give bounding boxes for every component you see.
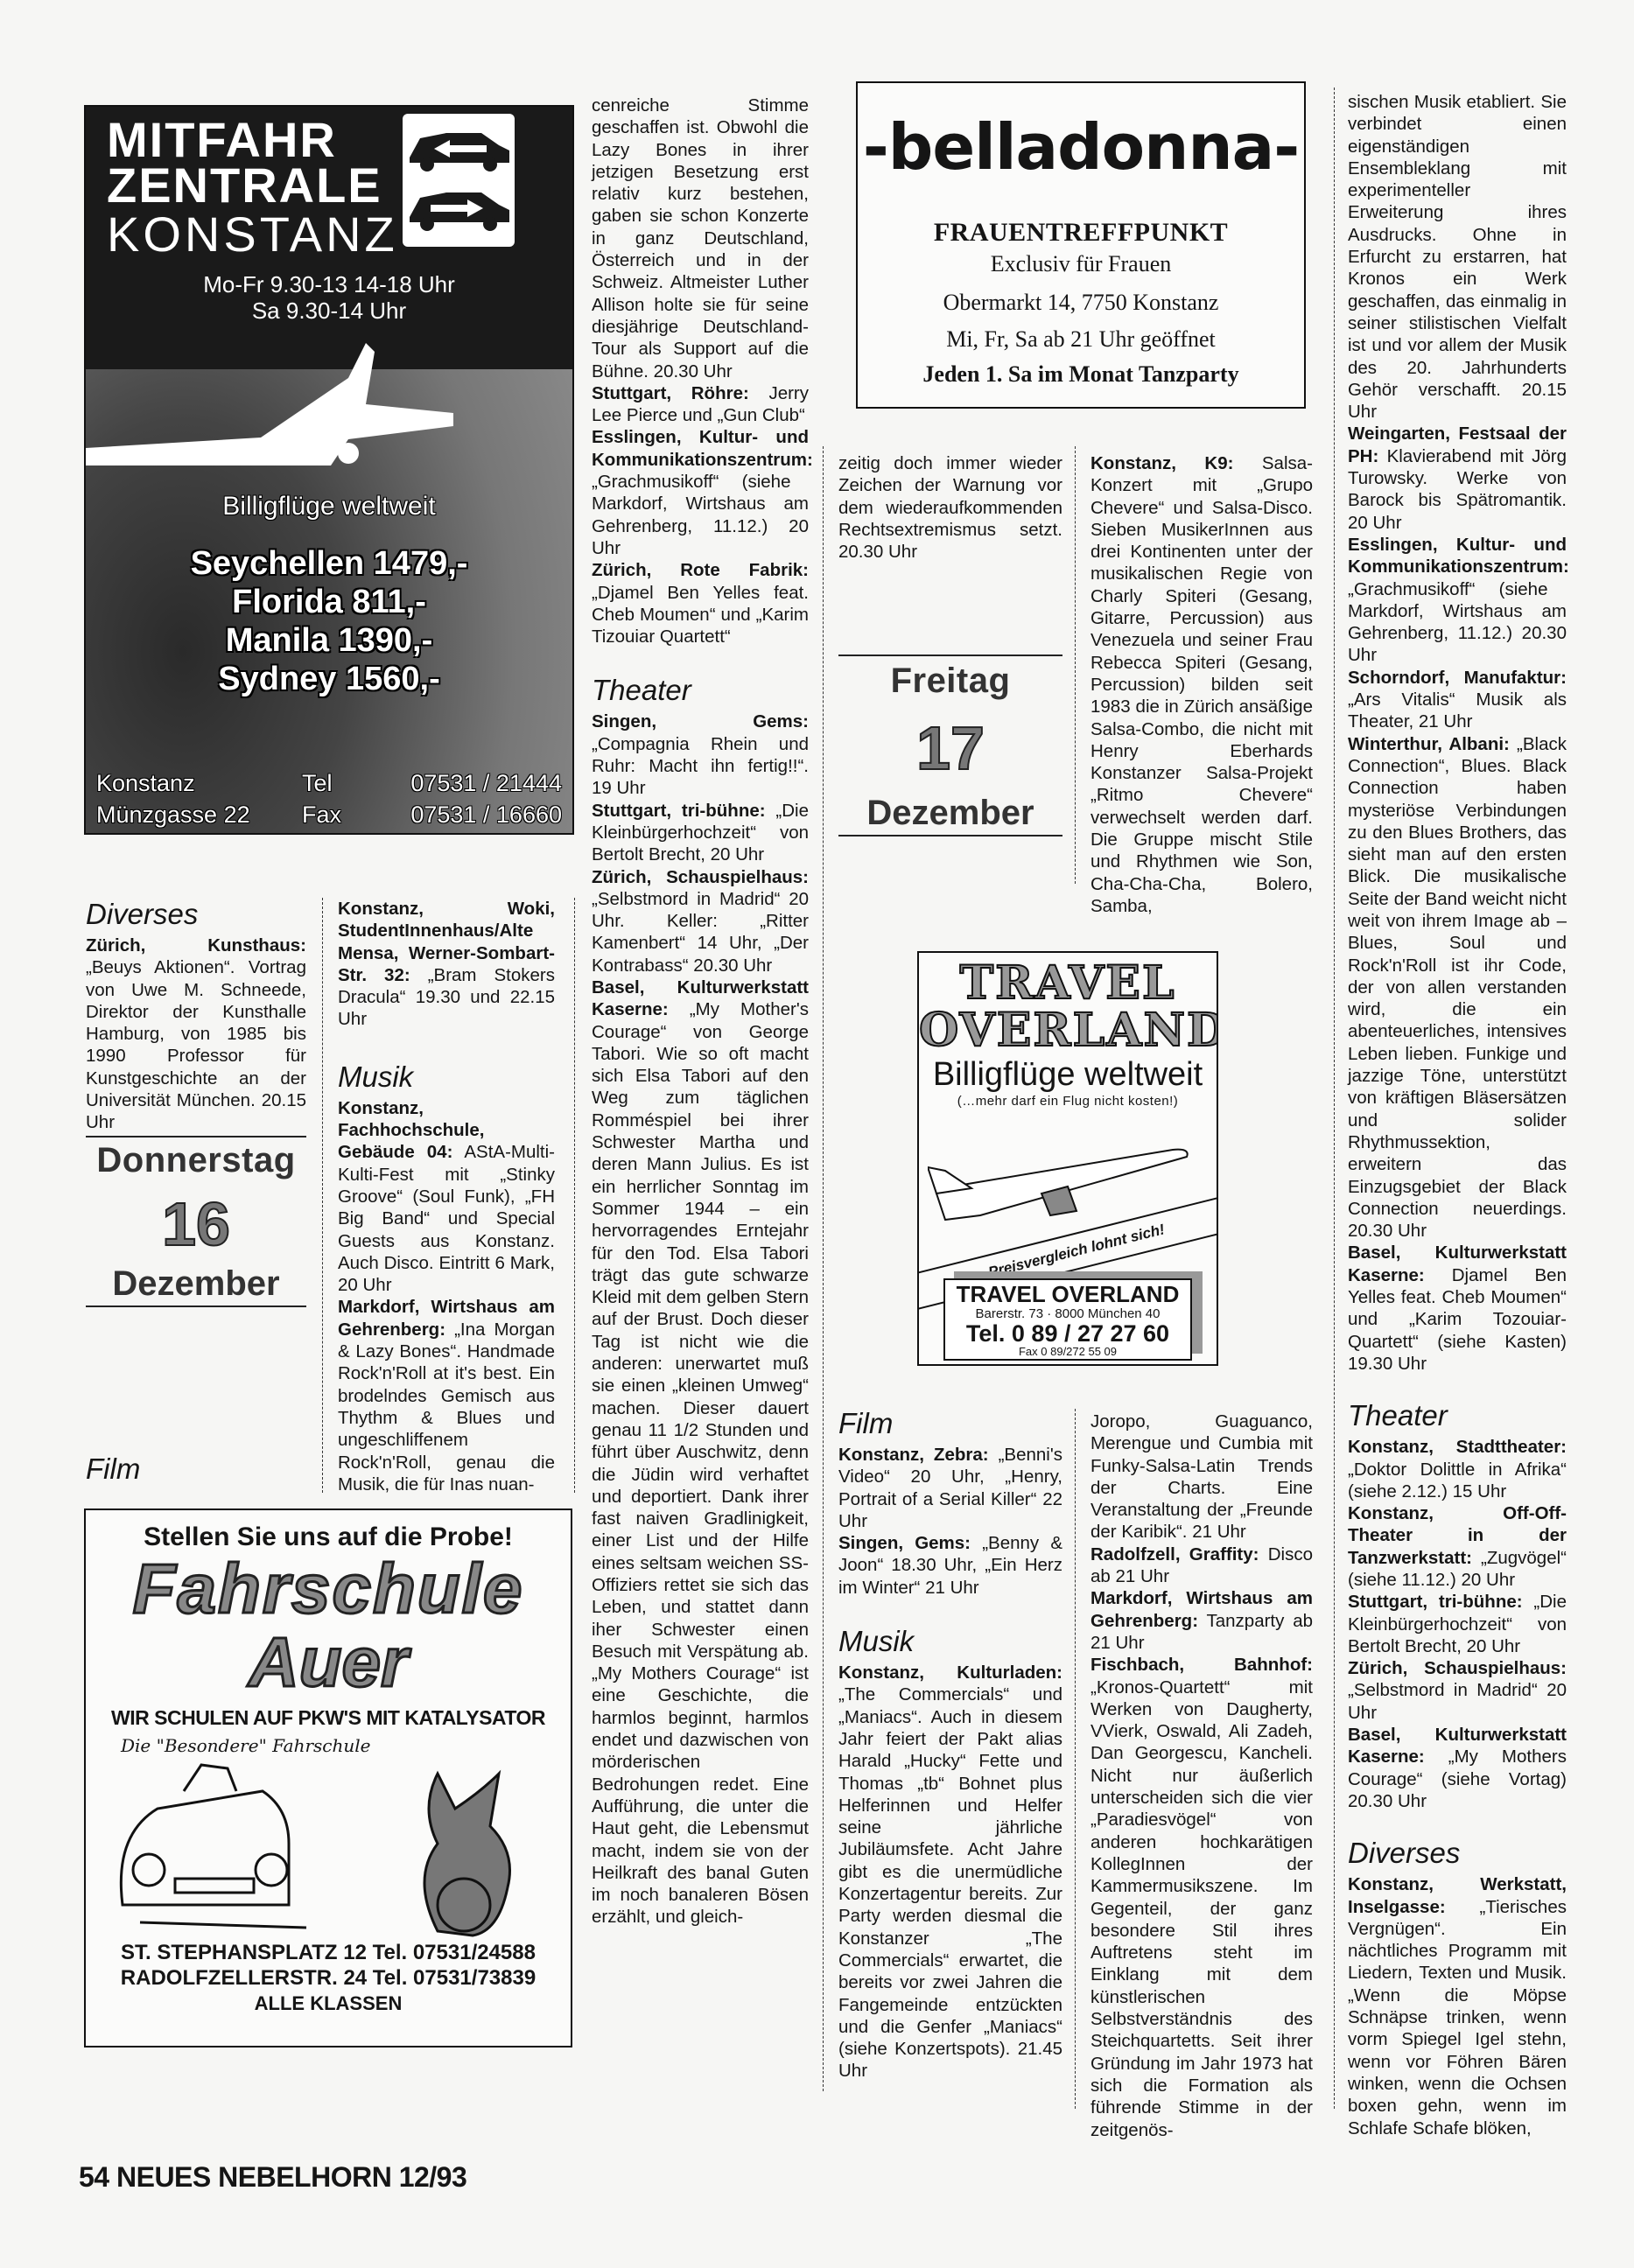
section-heading-musik: Musik — [838, 1625, 1062, 1658]
ad-logo: -belladonna- — [858, 108, 1304, 186]
event-entry-continued: zeitig doch immer wieder Zeichen der War… — [838, 452, 1062, 563]
weekday-label: Freitag — [838, 661, 1062, 701]
ad-logo-line2: OVERLAND — [919, 1007, 1217, 1054]
cars-arrows-icon — [403, 114, 515, 247]
ad-price-list: Seychellen 1479,- Florida 811,- Manila 1… — [86, 544, 572, 698]
event-entry-continued: cenreiche Stimme geschaffen ist. Obwohl … — [592, 94, 809, 382]
column-1: Diverses Zürich, Kunsthaus: „Beuys Aktio… — [86, 898, 306, 1134]
ad-travel-overland: TRAVEL OVERLAND Billigflüge weltweit (…m… — [917, 951, 1218, 1366]
ad-subline: (…mehr darf ein Flug nicht kosten!) — [919, 1094, 1217, 1109]
column-4: zeitig doch immer wieder Zeichen der War… — [838, 452, 1062, 563]
event-entry: Konstanz, Off-Off-Theater in der Tanzwer… — [1348, 1502, 1567, 1591]
section-heading-film: Film — [838, 1407, 1062, 1440]
event-entry: Esslingen, Kultur- und Kommunikationszen… — [1348, 534, 1567, 667]
month-label: Dezember — [86, 1264, 306, 1304]
event-entry-continued: sischen Musik etabliert. Sie verbindet e… — [1348, 91, 1567, 423]
column-5: Konstanz, K9: Salsa-Konzert mit „Grupo C… — [1091, 452, 1313, 917]
cartoon-car-and-rabbit-illustration — [86, 1756, 571, 1940]
column-2: Konstanz, Woki, StudentInnenhaus/Alte Me… — [338, 898, 555, 1495]
ad-opening-hours: Mo-Fr 9.30-13 14-18 Uhr Sa 9.30-14 Uhr — [86, 271, 572, 324]
event-entry: Konstanz, K9: Salsa-Konzert mit „Grupo C… — [1091, 452, 1313, 917]
event-entry: Zürich, Schauspielhaus: „Selbstmord in M… — [592, 866, 809, 976]
event-entry: Zürich, Schauspielhaus: „Selbstmord in M… — [1348, 1657, 1567, 1724]
day-number: 17 — [838, 713, 1062, 783]
ad-belladonna: -belladonna- FRAUENTREFFPUNKT Exclusiv f… — [856, 81, 1306, 409]
event-entry: Markdorf, Wirtshaus am Gehrenberg: „Ina … — [338, 1296, 555, 1495]
section-heading-film: Film — [86, 1452, 306, 1486]
ad-contact: Konstanz Tel 07531 / 21444 Münzgasse 22 … — [96, 767, 562, 830]
ad-address-1: ST. STEPHANSPLATZ 12 Tel. 07531/24588 — [86, 1940, 571, 1965]
month-label: Dezember — [838, 794, 1062, 833]
ad-tagline: Billigflüge weltweit — [86, 492, 572, 521]
ad-title: FRAUENTREFFPUNKT — [858, 218, 1304, 248]
ad-script-line: Die "Besondere" Fahrschule — [86, 1735, 571, 1756]
event-entry: Esslingen, Kultur- und Kommunikationszen… — [592, 426, 809, 559]
event-entry: Basel, Kulturwerkstatt Kaserne: „My Moth… — [592, 976, 809, 1928]
section-heading-musik: Musik — [338, 1060, 555, 1094]
event-entry: Zürich, Rote Fabrik: „Djamel Ben Yelles … — [592, 559, 809, 647]
section-heading-diverses: Diverses — [1348, 1837, 1567, 1870]
ad-address-2: RADOLFZELLERSTR. 24 Tel. 07531/73839 — [86, 1965, 571, 1991]
event-entry: Radolfzell, Graffity: Disco ab 21 Uhr — [1091, 1543, 1313, 1588]
event-entry: Konstanz, Stadttheater: „Doktor Dolittle… — [1348, 1436, 1567, 1502]
column-divider — [823, 446, 824, 2091]
ad-address: Obermarkt 14, 7750 Konstanz — [858, 290, 1304, 316]
ad-fahrschule-auer: Stellen Sie uns auf die Probe! Fahrschul… — [84, 1508, 572, 2047]
event-entry: Schorndorf, Manufaktur: „Ars Vitalis“ Mu… — [1348, 667, 1567, 733]
ad-logo-line1: TRAVEL — [919, 960, 1217, 1007]
column-4-lower: Film Konstanz, Zebra: „Benni's Video“ 20… — [838, 1407, 1062, 2082]
event-entry: Konstanz, Werkstatt, Inselgasse: „Tieris… — [1348, 1873, 1567, 2139]
section-heading-theater: Theater — [592, 674, 809, 707]
event-entry: Konstanz, Woki, StudentInnenhaus/Alte Me… — [338, 898, 555, 1031]
ad-title-line2: ZENTRALE — [107, 161, 382, 210]
day-header-thursday: Donnerstag 16 Dezember — [86, 1136, 306, 1307]
column-3: cenreiche Stimme geschaffen ist. Obwohl … — [592, 94, 809, 1928]
day-header-friday: Freitag 17 Dezember — [838, 654, 1062, 836]
event-entry: Stuttgart, tri-bühne: „Die Kleinbürgerho… — [1348, 1591, 1567, 1657]
ad-title-line3: KONSTANZ — [107, 210, 398, 259]
column-5-lower: Joropo, Guaguanco, Merengue und Cumbia m… — [1091, 1410, 1313, 2141]
column-divider — [1334, 87, 1335, 2109]
column-divider — [574, 898, 575, 1493]
ad-subtitle: Exclusiv für Frauen — [858, 251, 1304, 277]
ad-slogan: Stellen Sie uns auf die Probe! — [86, 1522, 571, 1552]
page-footer: 54 NEUES NEBELHORN 12/93 — [79, 2161, 466, 2194]
airplane-icon — [86, 343, 572, 465]
ad-name-line2: Auer — [86, 1626, 571, 1699]
ad-contact-box: TRAVEL OVERLAND Barerstr. 73 · 8000 Münc… — [943, 1278, 1192, 1361]
weekday-label: Donnerstag — [86, 1141, 306, 1180]
event-entry: Stuttgart, tri-bühne: „Die Kleinbürgerho… — [592, 800, 809, 866]
event-entry: Konstanz, Kulturladen: „The Commercials“… — [838, 1662, 1062, 2082]
event-entry: Konstanz, Zebra: „Benni's Video“ 20 Uhr,… — [838, 1444, 1062, 1532]
event-entry: Markdorf, Wirtshaus am Gehrenberg: Tanzp… — [1091, 1587, 1313, 1654]
ad-party-note: Jeden 1. Sa im Monat Tanzparty — [858, 361, 1304, 388]
column-1-film: Film — [86, 1452, 306, 1489]
event-entry: Winterthur, Albani: „Black Connection“, … — [1348, 733, 1567, 1242]
section-heading-theater: Theater — [1348, 1399, 1567, 1432]
column-divider — [322, 898, 323, 1493]
event-entry: Basel, Kulturwerkstatt Kaserne: Djamel B… — [1348, 1242, 1567, 1375]
event-entry: Zürich, Kunsthaus: „Beuys Aktionen“. Vor… — [86, 934, 306, 1134]
event-entry: Basel, Kulturwerkstatt Kaserne: „My Moth… — [1348, 1724, 1567, 1812]
ad-classes: ALLE KLASSEN — [86, 1991, 571, 2016]
column-divider — [1075, 1409, 1076, 2109]
event-entry: Singen, Gems: „Benny & Joon“ 18.30 Uhr, … — [838, 1532, 1062, 1599]
event-entry: Singen, Gems: „Compagnia Rhein und Ruhr:… — [592, 710, 809, 799]
ad-katalysator-note: WIR SCHULEN AUF PKW'S MIT KATALYSATOR — [86, 1706, 571, 1730]
ad-name-line1: Fahrschule — [86, 1552, 571, 1626]
column-divider — [1075, 446, 1076, 884]
event-entry: Stuttgart, Röhre: Jerry Lee Pierce und „… — [592, 382, 809, 427]
ad-mitfahrzentrale: MITFAHR ZENTRALE KONSTANZ Mo-Fr 9.30-13 … — [84, 105, 574, 835]
column-6: sischen Musik etabliert. Sie verbindet e… — [1348, 91, 1567, 2139]
event-entry: Fischbach, Bahnhof: „Kronos-Quartett“ mi… — [1091, 1654, 1313, 2141]
event-entry: Konstanz, Fachhochschule, Gebäude 04: AS… — [338, 1097, 555, 1297]
event-entry: Weingarten, Festsaal der PH: Klavieraben… — [1348, 423, 1567, 533]
ad-tagline: Billigflüge weltweit — [919, 1056, 1217, 1094]
event-entry-continued: Joropo, Guaguanco, Merengue und Cumbia m… — [1091, 1410, 1313, 1543]
day-number: 16 — [86, 1189, 306, 1259]
section-heading-diverses: Diverses — [86, 898, 306, 931]
ad-hours: Mi, Fr, Sa ab 21 Uhr geöffnet — [858, 326, 1304, 353]
